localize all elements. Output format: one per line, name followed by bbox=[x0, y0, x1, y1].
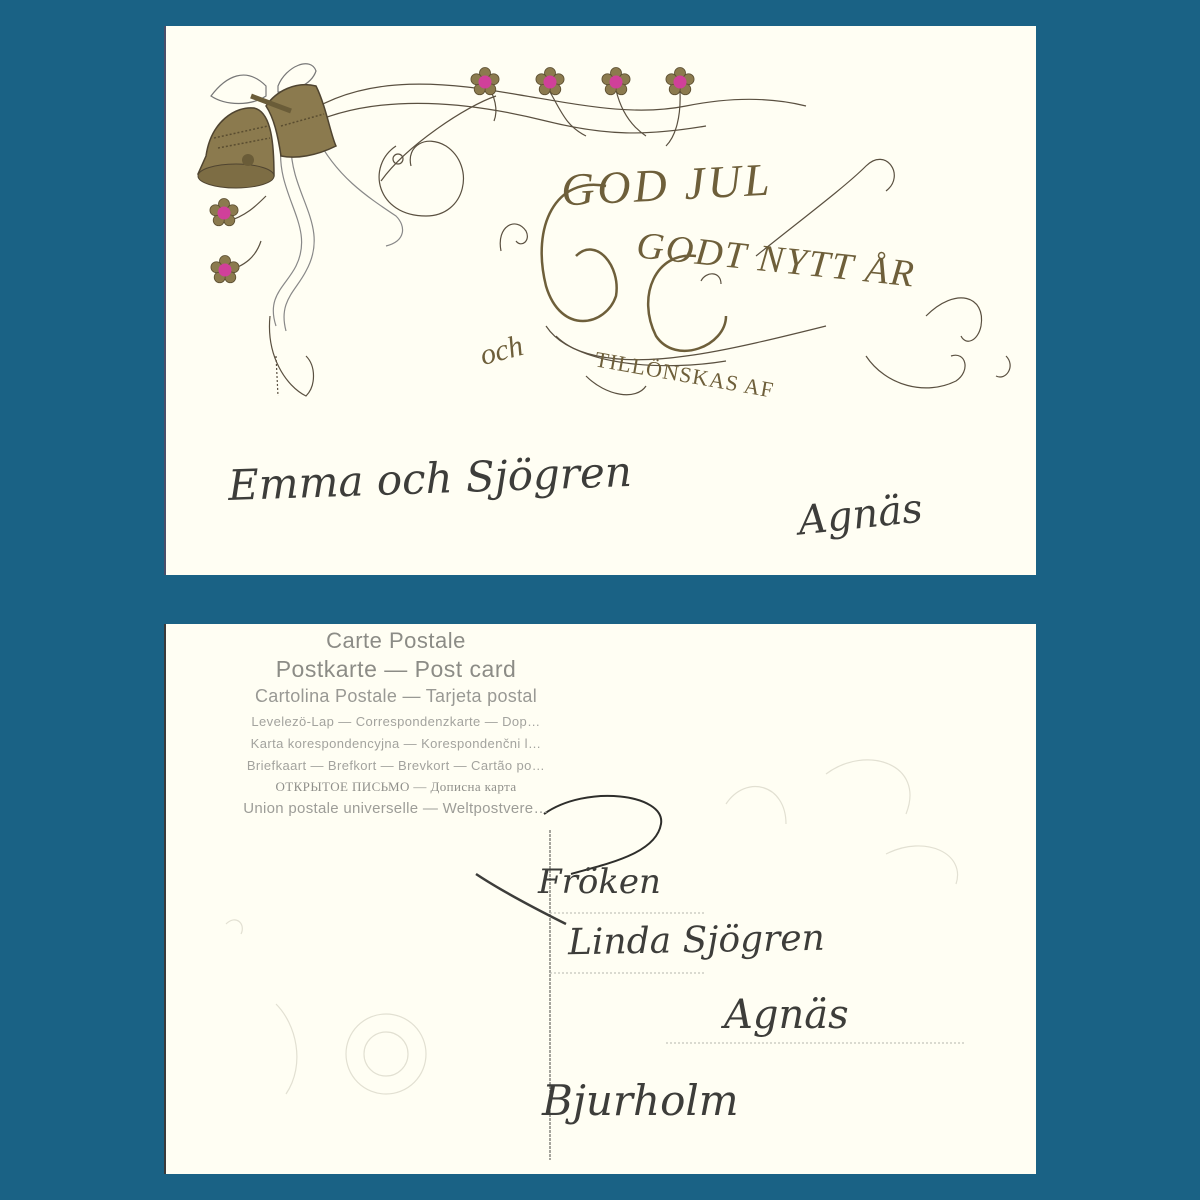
header-line-4: Levelezö-Lap — Correspondenzkarte — Dop… bbox=[166, 714, 626, 729]
header-line-3: Cartolina Postale — Tarjeta postal bbox=[166, 686, 626, 707]
header-line-2: Postkarte — Post card bbox=[166, 656, 626, 683]
address-town: Agnäs bbox=[724, 992, 849, 1038]
header-line-6: Briefkaart — Brefkort — Brevkort — Cartã… bbox=[166, 758, 626, 773]
header-line-5: Karta korespondencyjna — Korespondenčni … bbox=[166, 736, 626, 751]
postcard-front: GOD JUL GODT NYTT ÅR och TILLÖNSKAS AF E… bbox=[164, 26, 1036, 575]
header-line-8: Union postale universelle — Weltpostvere… bbox=[166, 800, 626, 817]
header-line-7: ОТКРЫТОЕ ПИСЬМО — Дописна карта bbox=[166, 779, 626, 795]
header-line-1: Carte Postale bbox=[166, 628, 626, 654]
postcard-back: Carte Postale Postkarte — Post card Cart… bbox=[164, 624, 1036, 1174]
address-title: Fröken bbox=[538, 862, 661, 902]
address-name: Linda Sjögren bbox=[568, 918, 825, 963]
greeting-line1: GOD JUL bbox=[560, 153, 774, 217]
address-region: Bjurholm bbox=[542, 1076, 739, 1125]
